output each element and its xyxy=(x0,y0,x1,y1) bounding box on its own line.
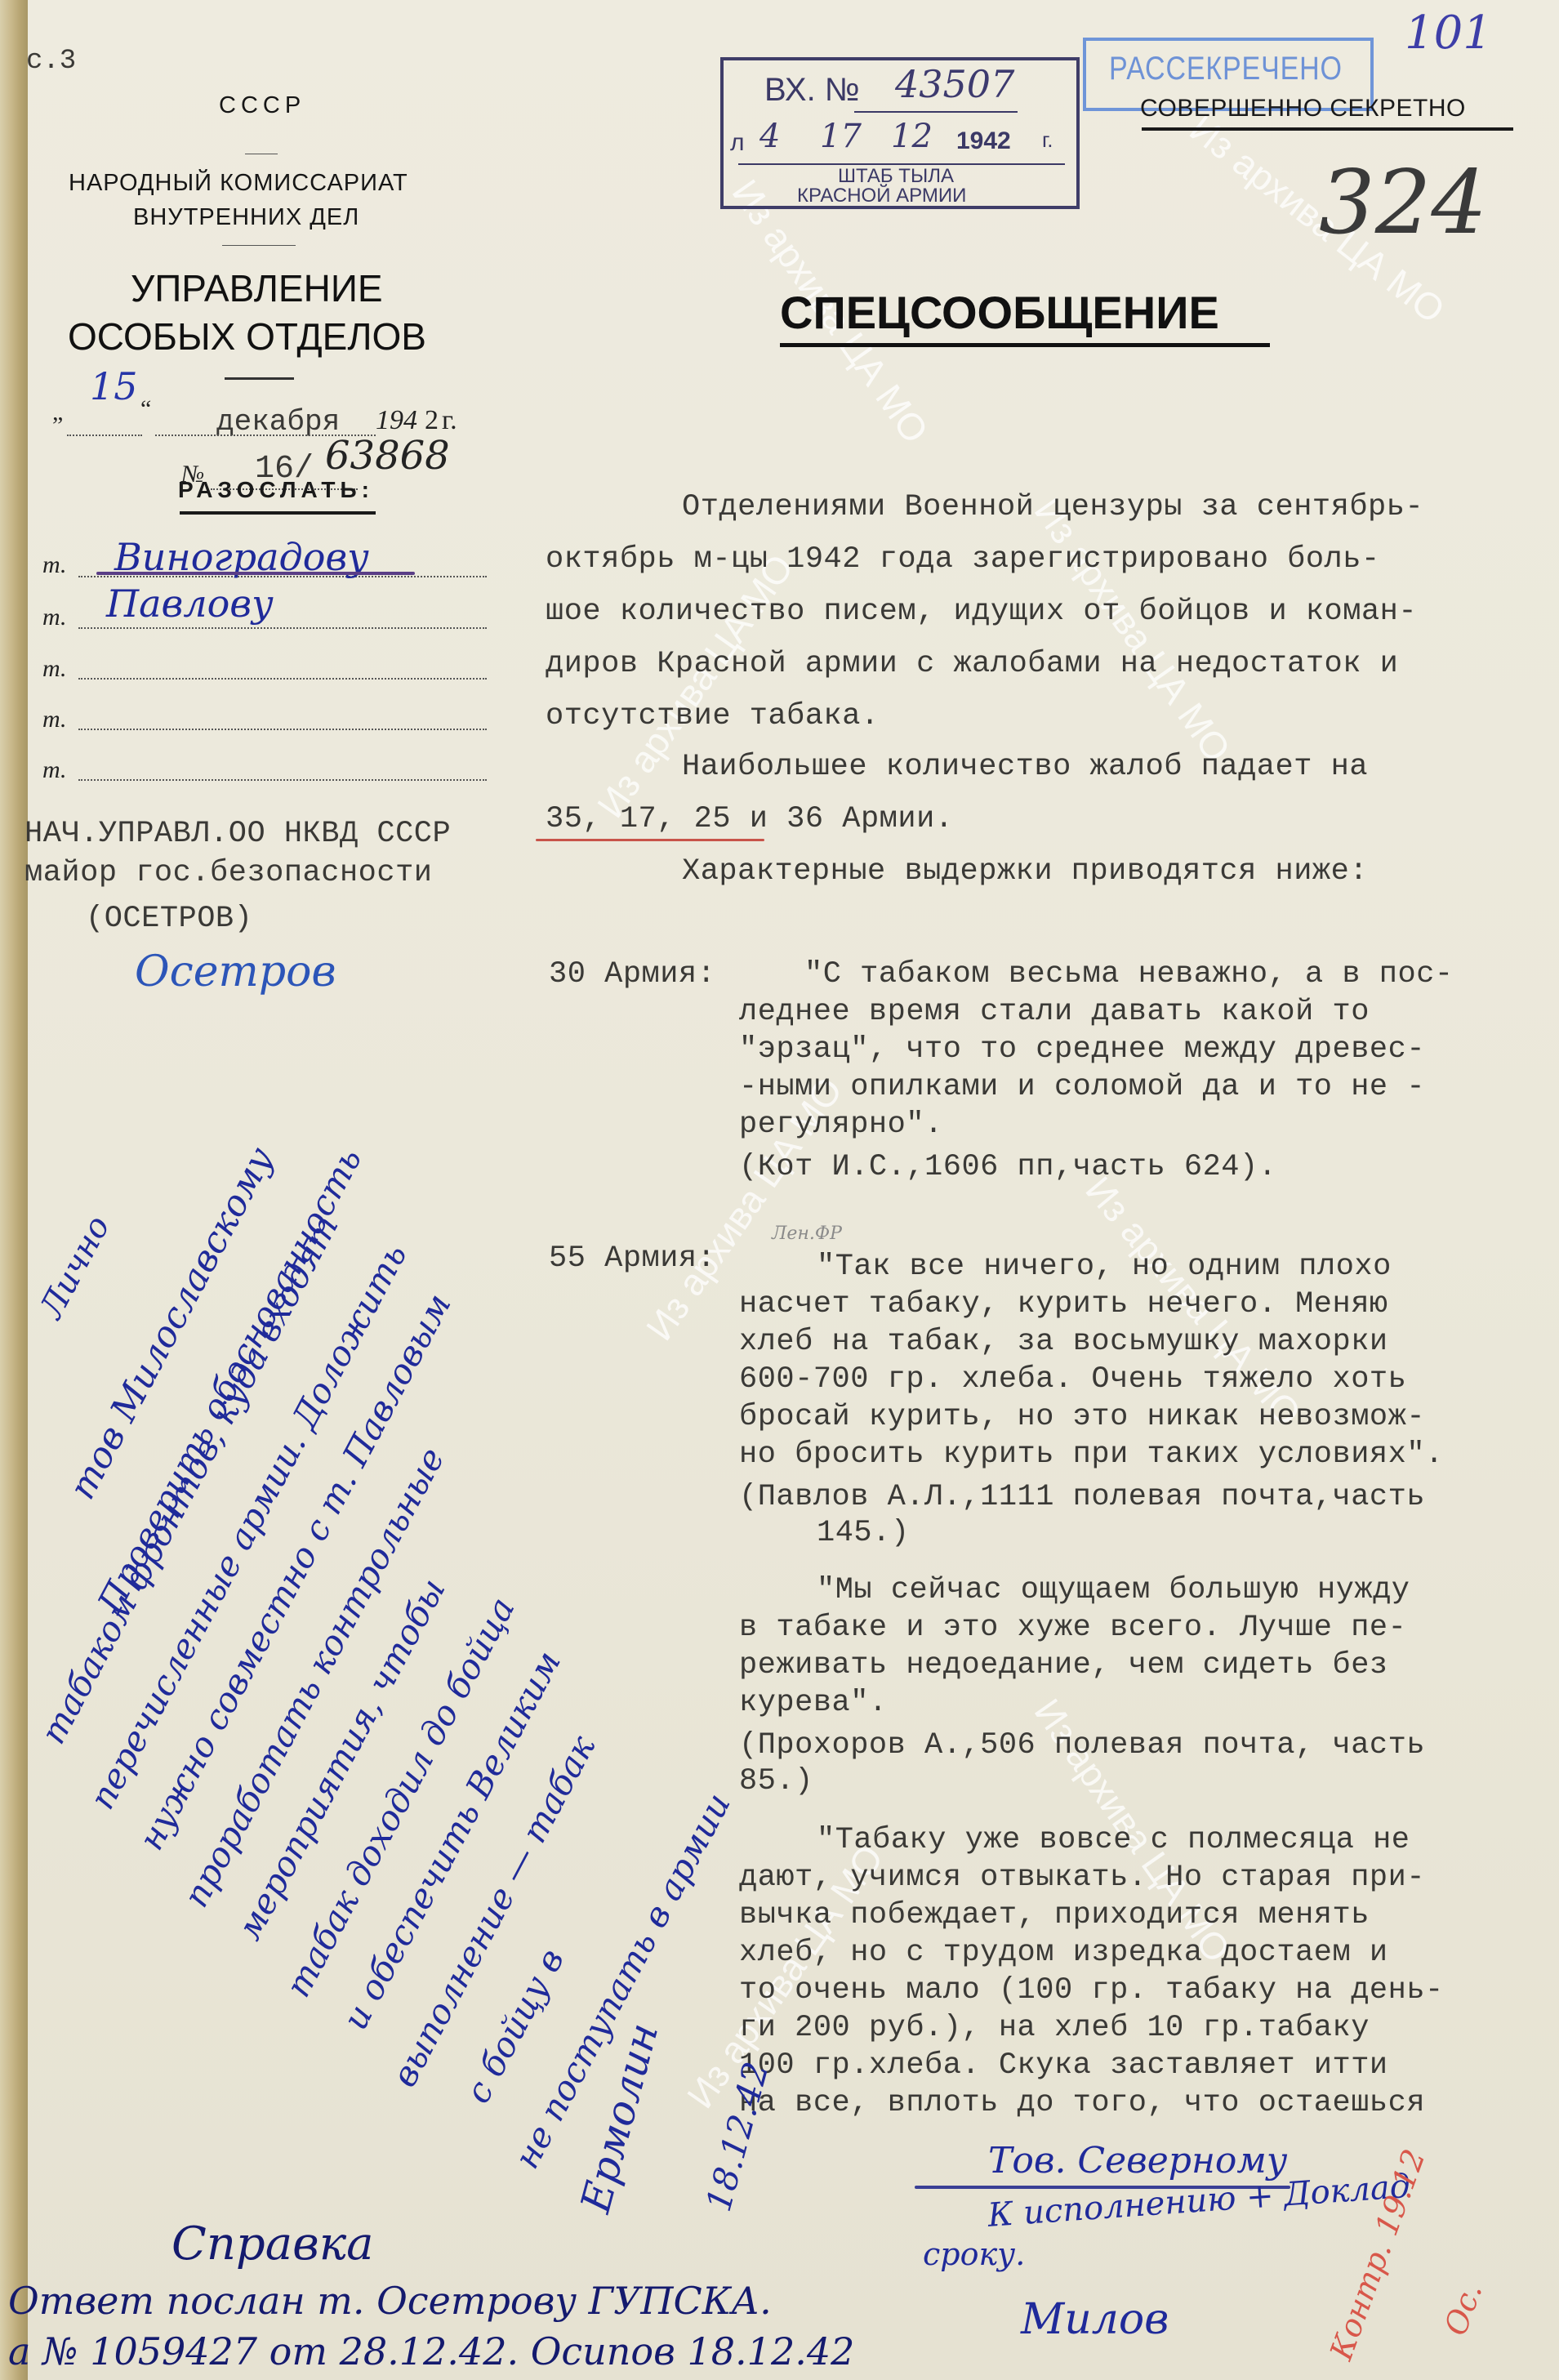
distribution-prefix: т. xyxy=(42,756,67,784)
recipient-underline xyxy=(96,572,415,575)
excerpts-intro: Характерные выдержки приводятся ниже: xyxy=(682,854,1368,889)
excerpt-source: 145.) xyxy=(817,1516,910,1550)
stamp-year: 1942 xyxy=(956,127,1011,155)
distribution-line xyxy=(78,779,487,781)
date-day-line xyxy=(67,435,142,436)
excerpt-army: 30 Армия: xyxy=(549,957,715,992)
excerpt-quote-line: леднее время стали давать какой то xyxy=(739,995,1370,1029)
sheet-number-pencil: 324 xyxy=(1319,152,1487,254)
declassified-label: РАССЕКРЕЧЕНО xyxy=(1109,51,1343,87)
distribution-recipient[interactable]: Павлову xyxy=(106,582,274,626)
date-month: декабря xyxy=(216,405,340,439)
stamp-org-line2: КРАСНОЙ АРМИИ xyxy=(797,185,966,207)
stamp-number-label: ВХ. № xyxy=(764,72,860,109)
excerpt-army: 55 Армия: xyxy=(549,1241,715,1276)
letterhead-department-line1: УПРАВЛЕНИЕ xyxy=(131,266,383,310)
divider xyxy=(245,154,278,154)
body-line: октябрь м-цы 1942 года зарегистрировано … xyxy=(546,542,1380,577)
reference-title: Справка xyxy=(171,2217,374,2271)
title-underline xyxy=(780,343,1270,347)
stamp-number-underline xyxy=(854,111,1018,113)
divider xyxy=(222,245,296,246)
stamp-day: 17 xyxy=(820,118,862,155)
note-addressee: Тов. Северному xyxy=(988,2140,1287,2182)
date-year-suffix: 2г. xyxy=(425,405,457,436)
distribution-prefix: т. xyxy=(42,706,67,733)
note-deadline: сроку. xyxy=(923,2236,1025,2272)
excerpt-quote-line: хлеб, но с трудом изредка достаем и xyxy=(739,1936,1388,1970)
stamp-sheet-label: л xyxy=(730,129,745,157)
excerpt-source: (Кот И.С.,1606 пп,часть 624). xyxy=(739,1150,1276,1184)
excerpt-quote-line: насчет табаку, курить нечего. Меняю xyxy=(739,1287,1388,1321)
excerpt-quote-line: вычка побеждает, приходится менять xyxy=(739,1898,1370,1932)
date-year-digit: 2 xyxy=(425,405,439,435)
number-handwritten: 63868 xyxy=(325,433,450,479)
excerpt-quote-line: 100 гр.хлеба. Скука заставляет итти xyxy=(739,2048,1388,2083)
body-line: Наибольшее количество жалоб падает на xyxy=(682,750,1368,784)
excerpt-quote-line: дают, учимся отвыкать. Но старая при- xyxy=(739,1861,1425,1895)
date-year-prefix: 194 xyxy=(376,405,417,436)
excerpt-quote-line: "Табаку уже вовсе с полмесяца не xyxy=(817,1823,1410,1857)
stamp-year-suffix: г. xyxy=(1042,127,1053,153)
incoming-stamp: ВХ. № 43507 л 4 17 12 1942 г. ШТАБ ТЫЛА … xyxy=(720,57,1080,209)
stamp-sheet-value: 4 xyxy=(759,118,780,155)
distribution-line xyxy=(78,678,487,680)
reference-line: Ответ послан т. Осетрову ГУПСКА. xyxy=(8,2279,772,2323)
excerpt-quote-line: на все, вплоть до того, что остаешься xyxy=(739,2086,1425,2120)
excerpt-quote-line: регулярно". xyxy=(739,1108,943,1142)
excerpt-quote-line: "Так все ничего, но одним плохо xyxy=(817,1250,1392,1284)
letterhead-commissariat-line1: НАРОДНЫЙ КОМИССАРИАТ xyxy=(69,170,408,197)
sheet-number-top: 101 xyxy=(1405,7,1492,60)
excerpt-quote-line: "Мы сейчас ощущаем большую нужду xyxy=(817,1573,1410,1607)
excerpt-quote-line: "эрзац", что то среднее между древес- xyxy=(739,1032,1425,1067)
distribution-prefix: т. xyxy=(42,551,67,579)
date-g: г. xyxy=(442,405,457,435)
binding-edge xyxy=(0,0,28,2380)
date-open-quote: „ xyxy=(52,399,63,426)
document-title: СПЕЦСООБЩЕНИЕ xyxy=(780,286,1219,339)
classification-underline xyxy=(1142,127,1513,131)
excerpt-quote-line: в табаке и это хуже всего. Лучше пе- xyxy=(739,1611,1406,1645)
excerpt-quote-line: "С табаком весьма неважно, а в пос- xyxy=(804,957,1454,992)
divider xyxy=(225,377,294,380)
stamp-month: 12 xyxy=(891,118,933,155)
letterhead-country: СССР xyxy=(219,92,305,119)
note-signature: Милов xyxy=(1021,2295,1169,2344)
excerpt-margin-note: Лен.ФР xyxy=(772,1223,842,1244)
body-line: 35, 17, 25 и 36 Армии. xyxy=(546,802,953,836)
distribution-line xyxy=(78,729,487,730)
distribution-line xyxy=(78,627,487,629)
excerpt-source: 85.) xyxy=(739,1764,813,1798)
signatory-name: (ОСЕТРОВ) xyxy=(86,902,252,936)
signatory-rank: майор гос.безопасности xyxy=(24,856,432,890)
excerpt-source: (Прохоров А.,506 полевая почта, часть xyxy=(739,1728,1425,1763)
date-close-quote: “ xyxy=(140,395,151,423)
letterhead-commissariat-line2: ВНУТРЕННИХ ДЕЛ xyxy=(133,204,359,231)
body-line: шое количество писем, идущих от бойцов и… xyxy=(546,595,1417,629)
body-line: Отделениями Военной цензуры за сентябрь- xyxy=(682,490,1423,524)
body-line: диров Красной армии с жалобами на недост… xyxy=(546,647,1398,681)
excerpt-quote-line: то очень мало (100 гр. табаку на день- xyxy=(739,1973,1444,2008)
excerpt-quote-line: бросай курить, но это никак невозмож- xyxy=(739,1400,1425,1434)
date-day: 15 xyxy=(90,364,138,408)
distribution-prefix: т. xyxy=(42,655,67,683)
body-line: отсутствие табака. xyxy=(546,699,880,733)
signatory-signature: Осетров xyxy=(135,947,336,996)
excerpt-quote-line: -ными опилками и соломой да и то не - xyxy=(739,1070,1425,1104)
signatory-title: НАЧ.УПРАВЛ.ОО НКВД СССР xyxy=(24,817,451,851)
classification-label: СОВЕРШЕННО СЕКРЕТНО xyxy=(1140,95,1466,123)
distribution-prefix: т. xyxy=(42,604,67,631)
excerpt-quote-line: 600-700 гр. хлеба. Очень тяжело хоть xyxy=(739,1362,1406,1397)
stamp-number-value: 43507 xyxy=(895,62,1014,106)
distribution-heading-underline xyxy=(180,511,376,515)
excerpt-quote-line: ги 200 руб.), на хлеб 10 гр.табаку xyxy=(739,2011,1370,2045)
letterhead-department-line2: ОСОБЫХ ОТДЕЛОВ xyxy=(68,314,426,359)
excerpt-quote-line: курева". xyxy=(739,1686,888,1720)
page-marker: с.3 xyxy=(26,46,76,77)
excerpt-quote-line: хлеб на табак, за восьмушку махорки xyxy=(739,1325,1388,1359)
excerpt-quote-line: реживать недоедание, чем сидеть без xyxy=(739,1648,1388,1682)
reference-line: а № 1059427 от 28.12.42. Осипов 18.12.42 xyxy=(8,2329,854,2373)
excerpt-quote-line: но бросить курить при таких условиях". xyxy=(739,1437,1444,1472)
distribution-heading: РАЗОСЛАТЬ: xyxy=(178,477,374,503)
excerpt-source: (Павлов А.Л.,1111 полевая почта,часть xyxy=(739,1480,1425,1514)
army-numbers-red-underline xyxy=(536,839,764,841)
